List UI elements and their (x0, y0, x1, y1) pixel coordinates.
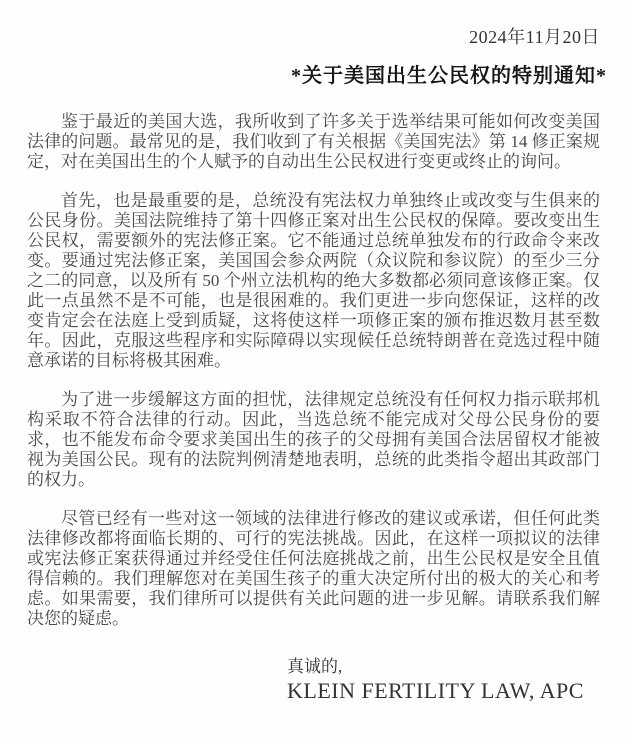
paragraph-conclusion: 尽管已经有一些对这一领域的法律进行修改的建议或承诺，但任何此类法律修改都将面临长… (27, 509, 600, 629)
letter-page: 2024年11月20日 *关于美国出生公民权的特别通知* 鉴于最近的美国大选，我… (0, 0, 628, 737)
closing-text: 真诚的, (287, 655, 584, 678)
letter-date: 2024年11月20日 (469, 23, 600, 49)
paragraph-federal-agencies: 为了进一步缓解这方面的担忧，法律规定总统没有任何权力指示联邦机构采取不符合法律的… (27, 390, 600, 490)
paragraph-intro: 鉴于最近的美国大选，我所收到了许多关于选举结果可能如何改变美国法律的问题。最常见… (27, 112, 600, 172)
letter-title: *关于美国出生公民权的特别通知* (291, 59, 607, 88)
letter-body: 鉴于最近的美国大选，我所收到了许多关于选举结果可能如何改变美国法律的问题。最常见… (27, 112, 600, 648)
signature-block: 真诚的, KLEIN FERTILITY LAW, APC (287, 655, 584, 703)
paragraph-constitutional-power: 首先，也是最重要的是，总统没有宪法权力单独终止或改变与生俱来的公民身份。美国法院… (27, 191, 600, 371)
signature-name: KLEIN FERTILITY LAW, APC (287, 678, 584, 703)
